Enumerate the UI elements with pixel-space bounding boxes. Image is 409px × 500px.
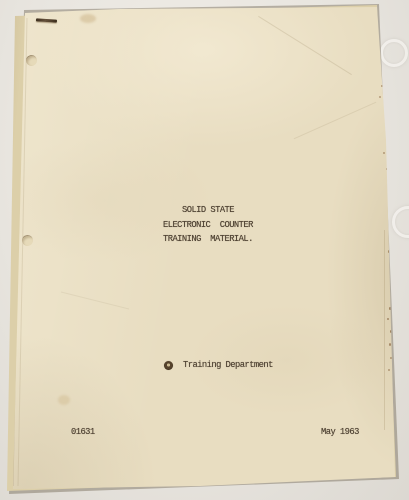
foxing-speck [386,168,388,170]
document-cover-page: SOLID STATE ELECTRONIC COUNTER TRAINING … [0,0,409,500]
foxing-speck [381,85,383,87]
foxing-speck [390,357,392,359]
company-logo-icon [164,361,173,370]
foxing-speck [379,96,381,98]
photo-backdrop: SOLID STATE ELECTRONIC COUNTER TRAINING … [0,0,409,500]
foxing-speck [383,152,385,154]
paper-stain [80,14,96,23]
document-date: May 1963 [321,427,359,437]
title-line-2: ELECTRONIC COUNTER [163,220,253,230]
backdrop-ring-stain [392,206,409,238]
paper-stain [58,395,70,405]
foxing-speck [388,369,390,371]
document-number: 01631 [71,427,95,437]
paper-crease [384,230,385,430]
paper-crease [61,292,129,310]
paper-crease [294,102,377,140]
paper-crease [258,16,352,75]
staple-icon [36,18,57,22]
foxing-speck [387,318,389,320]
title-line-1: SOLID STATE [182,205,234,215]
backdrop-ring-stain [380,39,408,67]
foxing-speck [389,343,391,346]
title-line-3: TRAINING MATERIAL. [163,234,253,244]
department-label: Training Department [183,360,273,370]
